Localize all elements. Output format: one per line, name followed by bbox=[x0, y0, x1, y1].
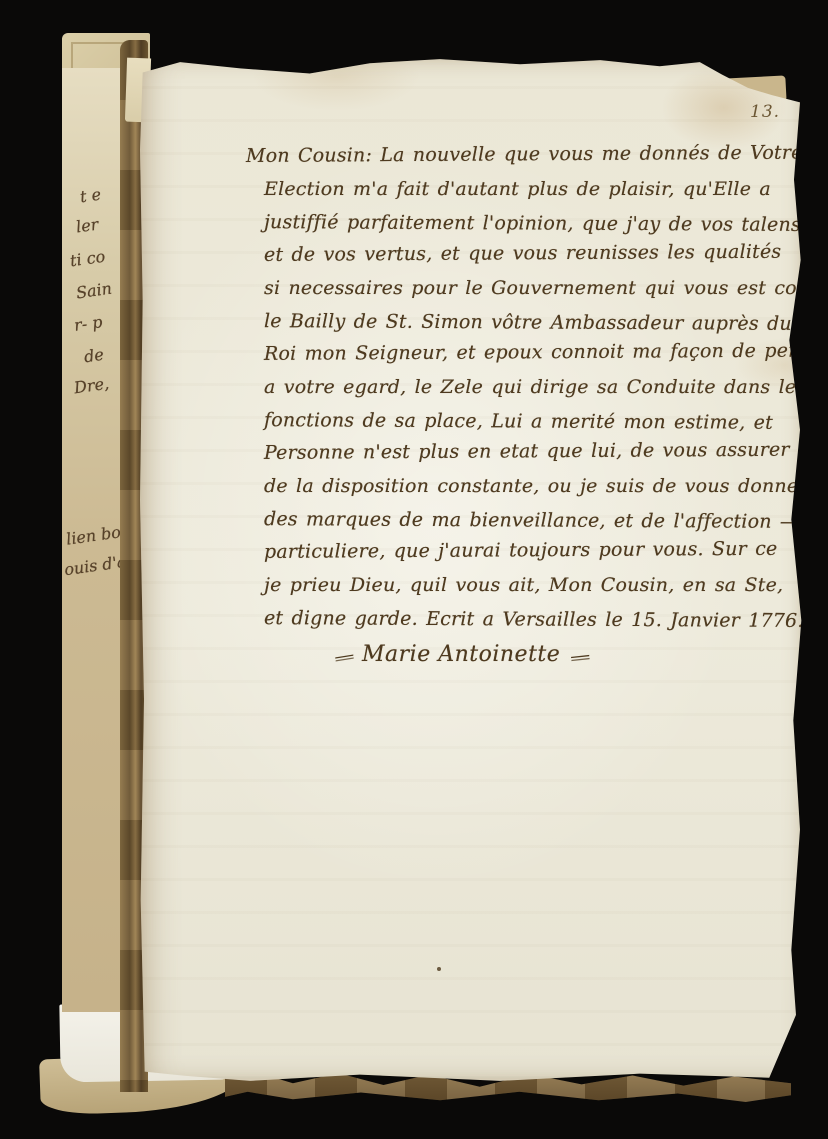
letter-line: et digne garde. Ecrit a Versailles le 15… bbox=[246, 602, 806, 638]
margin-fragment: lien bo bbox=[65, 522, 122, 548]
letter-line: Personne n'est plus en etat que lui, de … bbox=[246, 434, 806, 470]
margin-fragment: ler bbox=[75, 215, 100, 237]
margin-fragment: ouis d'a bbox=[63, 552, 128, 580]
letter-body: Mon Cousin: La nouvelle que vous me donn… bbox=[246, 140, 806, 667]
margin-fragment: Sain bbox=[75, 279, 113, 303]
letter-line: particuliere, que j'aurai toujours pour … bbox=[246, 533, 806, 569]
letter-line: je prieu Dieu, quil vous ait, Mon Cousin… bbox=[246, 569, 806, 602]
manuscript-photo: t e ler ti co Sain r- p de Dre, lien bo … bbox=[0, 0, 828, 1139]
letter-line: et de vos vertus, et que vous reunisses … bbox=[246, 236, 806, 272]
signature-row: — Marie Antoinette — bbox=[246, 642, 806, 667]
margin-fragment: Dre, bbox=[73, 374, 110, 398]
letter-line: Mon Cousin: La nouvelle que vous me donn… bbox=[246, 137, 806, 173]
margin-fragment: de bbox=[83, 345, 105, 367]
margin-fragment: ti co bbox=[69, 247, 107, 271]
stain-speck bbox=[437, 967, 441, 971]
letter-line: si necessaires pour le Gouvernement qui … bbox=[246, 272, 806, 305]
margin-fragment: r- p bbox=[73, 312, 104, 335]
torn-page-remnant: t e ler ti co Sain r- p de Dre, lien bo … bbox=[62, 68, 128, 1012]
letter-line: Roi mon Seigneur, et epoux connoit ma fa… bbox=[246, 335, 806, 371]
signature-flourish-left-icon: — bbox=[332, 641, 354, 668]
manuscript-page: 13. Mon Cousin: La nouvelle que vous me … bbox=[136, 56, 804, 1086]
letter-line: Election m'a fait d'autant plus de plais… bbox=[246, 173, 806, 206]
page-number: 13. bbox=[750, 102, 780, 122]
letter-line: a votre egard, le Zele qui dirige sa Con… bbox=[246, 371, 806, 404]
signature-flourish-right-icon: — bbox=[569, 642, 589, 668]
signature: Marie Antoinette bbox=[362, 642, 560, 667]
letter-line: de la disposition constante, ou je suis … bbox=[246, 470, 806, 503]
margin-fragment: t e bbox=[79, 185, 102, 207]
